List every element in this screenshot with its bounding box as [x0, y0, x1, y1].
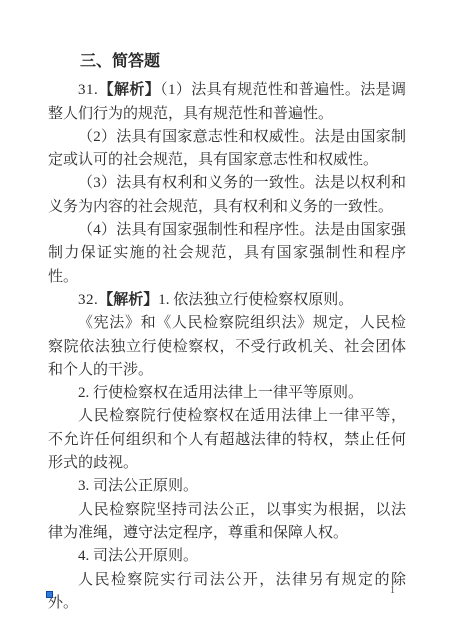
paragraph-text: （3）法具有权利和义务的一致性。法是以权利和义务为内容的社会规范，具有权利和义务… [48, 175, 406, 214]
paragraph: 人民检察院行使检察权在适用法律上一律平等，不允许任何组织和个人有超越法律的特权，… [48, 405, 406, 475]
paragraph: 《宪法》和《人民检察院组织法》规定，人民检察院依法独立行使检察权，不受行政机关、… [48, 312, 406, 382]
paragraph-text: （4）法具有国家强制性和程序性。法是由国家强制力保证实施的社会规范，具有国家强制… [48, 222, 406, 285]
paragraph: 4. 司法公开原则。 [48, 545, 406, 568]
page-number: 1 [390, 585, 395, 597]
paragraph: 2. 行使检察权在适用法律上一律平等原则。 [48, 382, 406, 405]
footer-square-marker-icon [46, 591, 53, 598]
paragraph-text: 2. 行使检察权在适用法律上一律平等原则。 [78, 385, 363, 401]
paragraph-text: 4. 司法公开原则。 [78, 548, 198, 564]
paragraph: 人民检察院实行司法公开，法律另有规定的除外。 [48, 569, 406, 616]
paragraph-number: 32. [78, 292, 98, 308]
paragraph: （4）法具有国家强制性和程序性。法是由国家强制力保证实施的社会规范，具有国家强制… [48, 219, 406, 289]
paragraph-number: 31. [78, 82, 98, 98]
paragraph: 人民检察院坚持司法公正，以事实为根据，以法律为准绳，遵守法定程序，尊重和保障人权… [48, 499, 406, 546]
paragraph-text: 人民检察院行使检察权在适用法律上一律平等，不允许任何组织和个人有超越法律的特权，… [48, 408, 406, 471]
section-heading: 三、简答题 [48, 50, 406, 73]
paragraph-text: 人民检察院坚持司法公正，以事实为根据，以法律为准绳，遵守法定程序，尊重和保障人权… [48, 502, 406, 541]
paragraph-text: （2）法具有国家意志性和权威性。法是由国家制定或认可的社会规范，具有国家意志性和… [48, 129, 406, 168]
analysis-marker: 【解析】 [98, 82, 160, 98]
paragraph-text: 人民检察院实行司法公开，法律另有规定的除外。 [48, 572, 406, 611]
document-content: 三、简答题 31.【解析】（1）法具有规范性和普遍性。法是调整人们行为的规范，具… [48, 50, 406, 615]
paragraph: 3. 司法公正原则。 [48, 475, 406, 498]
paragraph-text: 《宪法》和《人民检察院组织法》规定，人民检察院依法独立行使检察权，不受行政机关、… [48, 315, 406, 378]
paragraph: 32.【解析】1. 依法独立行使检察权原则。 [48, 289, 406, 312]
analysis-marker: 【解析】 [98, 292, 158, 308]
paragraph: （2）法具有国家意志性和权威性。法是由国家制定或认可的社会规范，具有国家意志性和… [48, 126, 406, 173]
paragraph-text: 1. 依法独立行使检察权原则。 [158, 292, 353, 308]
paragraph-text: 3. 司法公正原则。 [78, 478, 198, 494]
paragraph: 31.【解析】（1）法具有规范性和普遍性。法是调整人们行为的规范，具有规范性和普… [48, 79, 406, 126]
document-page: 三、简答题 31.【解析】（1）法具有规范性和普遍性。法是调整人们行为的规范，具… [0, 0, 450, 637]
paragraph: （3）法具有权利和义务的一致性。法是以权利和义务为内容的社会规范，具有权利和义务… [48, 172, 406, 219]
